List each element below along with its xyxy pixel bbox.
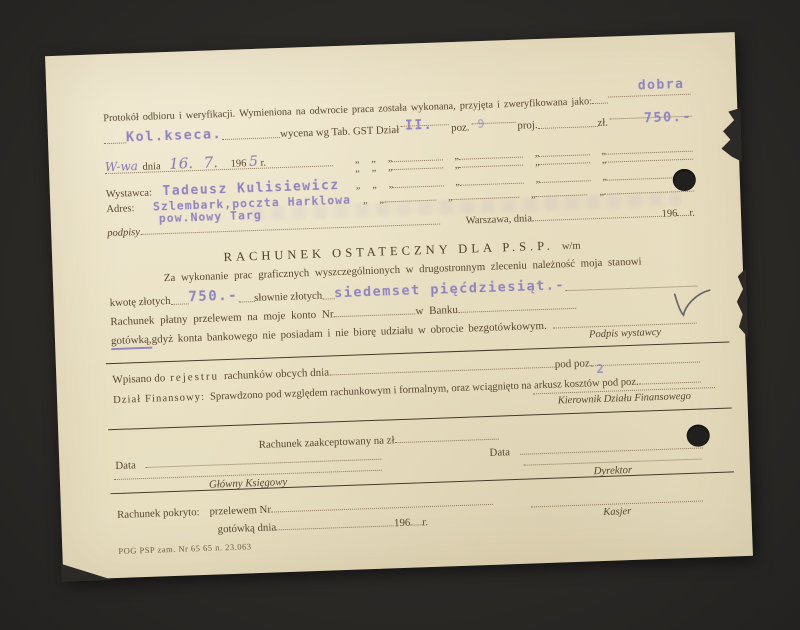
dotted-line: [238, 301, 254, 303]
register-pre: Wpisano do: [112, 372, 165, 386]
scan-background: Protokół odbioru i weryfikacji. Wymienio…: [0, 0, 800, 630]
torn-edge-notch: [734, 268, 748, 338]
ditto-mark: „: [455, 160, 460, 171]
ditto-mark: „: [355, 163, 360, 174]
dotted-line: [593, 362, 701, 367]
ditto-mark: „: [602, 155, 607, 166]
spacer: [382, 456, 490, 460]
dotted-line: [171, 303, 189, 305]
cash-date-label: gotówką dnia: [217, 521, 276, 535]
poz-field: 9: [470, 129, 518, 131]
bank-label: w Banku: [415, 304, 458, 317]
ditto-mark: „: [371, 163, 376, 174]
date-label-left: Data: [115, 459, 136, 472]
poz-label: poz.: [451, 121, 470, 134]
dotted-line: [104, 142, 126, 144]
kwote-label: kwotę złotych: [110, 295, 171, 309]
dotted-line: [393, 185, 443, 188]
register-spaced-word: rejestru: [170, 370, 219, 384]
document-paper: Protokół odbioru i weryfikacji. Wymienio…: [45, 32, 753, 580]
reference-stamp: Kol.kseca.: [126, 126, 223, 145]
ditto-mark: „: [388, 162, 393, 173]
valuation-label: wycena wg Tab. GST Dział: [280, 124, 399, 140]
dotted-line: [460, 183, 524, 186]
amount-words-stamp: siedemset pięćdziesiąt.-: [334, 277, 565, 301]
dotted-line: [608, 94, 691, 98]
wystawca-label: Wystawca:: [106, 188, 152, 201]
dotted-line: [639, 382, 701, 385]
dotted-line: [520, 447, 703, 454]
pod-poz-label: pod poz.: [555, 357, 593, 370]
dotted-line: [322, 298, 334, 299]
spacer: [118, 532, 218, 535]
dotted-line: [458, 308, 576, 313]
dotted-line: [329, 367, 555, 376]
dotted-line: [393, 167, 443, 170]
podpisy-label: podpisy: [107, 227, 140, 239]
dotted-line: [592, 103, 608, 105]
ditto-mark: „: [372, 180, 377, 191]
dotted-line: [540, 180, 590, 183]
dotted-line: [395, 439, 499, 444]
ditto-mark: „: [388, 179, 393, 190]
ditto-mark: „: [536, 174, 541, 185]
grade-field: dobra: [608, 101, 691, 104]
print-code: POG PSP zam. Nr 65 65 n. 23.063: [118, 541, 252, 556]
covered-transfer-label: przelewem Nr: [209, 504, 271, 518]
dzial-field: II.: [399, 131, 451, 133]
amount-field: 750.-: [608, 123, 692, 126]
year-prefix: 196: [661, 208, 677, 220]
amount-digits-stamp: 750.-: [188, 288, 238, 306]
pen-checkmark: [671, 285, 714, 320]
dzial-value-stamp: II.: [405, 118, 433, 134]
hole-punch-bottom: [686, 424, 710, 447]
dotted-line: [140, 224, 440, 235]
r-label: r.: [689, 208, 695, 219]
amount-stamp: 750.-: [644, 109, 693, 127]
cash-word-underlined: gotówką,: [111, 334, 152, 350]
grade-stamp: dobra: [638, 77, 685, 94]
accepted-label: Rachunek zaakceptowany na zł: [259, 434, 395, 451]
dotted-line: [532, 216, 662, 222]
register-post: rachunków obcych dnia: [224, 366, 329, 382]
ditto-mark: „: [602, 172, 607, 183]
dotted-line: [222, 137, 280, 140]
zl-label: zł.: [597, 117, 608, 129]
covered-label: Rachunek pokryto:: [117, 506, 200, 521]
slownie-label: słownie złotych: [254, 290, 322, 304]
ditto-mark: „: [535, 157, 540, 168]
poz-value-stamp: 9: [477, 117, 486, 131]
year-prefix: 196: [394, 517, 411, 530]
dotted-line: [459, 165, 523, 168]
corner-fold: [61, 554, 114, 582]
title-suffix: w/m: [562, 241, 581, 253]
dotted-line: [538, 126, 598, 129]
dotted-line: [606, 159, 693, 163]
transfer-label: Rachunek płatny przelewem na moje konto …: [110, 308, 334, 328]
ditto-mark: „: [356, 180, 361, 191]
dotted-line: [146, 459, 382, 468]
proj-label: proj.: [517, 119, 538, 132]
r-label: r.: [422, 516, 428, 528]
torn-edge-notch: [718, 108, 742, 163]
dotted-line: [334, 313, 416, 317]
date-label-right: Data: [489, 446, 510, 459]
dotted-line: [677, 215, 689, 216]
dotted-line: [276, 525, 394, 530]
ditto-mark: „: [455, 177, 460, 188]
dotted-line: [410, 524, 422, 525]
dotted-line: [271, 504, 493, 513]
adres-label: Adres:: [106, 203, 134, 215]
dept-label: Dział Finansowy:: [113, 392, 205, 406]
warszawa-label: Warszawa, dnia: [466, 213, 533, 226]
dept-poz-value-stamp: 2: [596, 361, 606, 376]
dotted-line: [540, 162, 590, 165]
